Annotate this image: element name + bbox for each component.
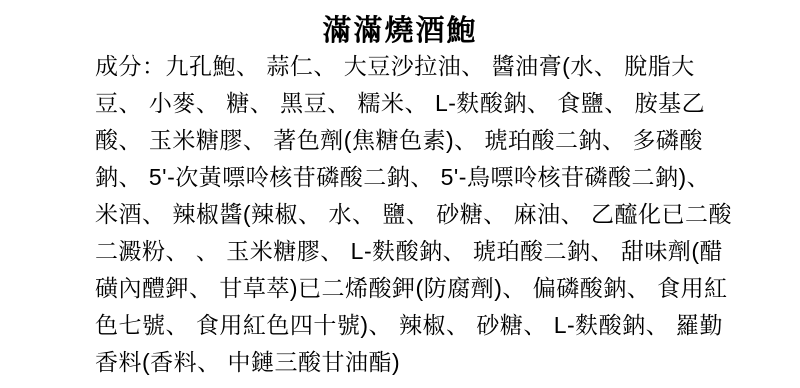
product-title: 滿滿燒酒鮑 — [0, 8, 800, 49]
ingredient-line-3: 酸、 玉米糖膠、 著色劑(焦糖色素)、 琥珀酸二鈉、 多磷酸 — [95, 122, 720, 159]
ingredient-line-6: 二澱粉、 、 玉米糖膠、 L-麩酸鈉、 琥珀酸二鈉、 甜味劑(醋 — [95, 233, 720, 270]
ingredient-line-8: 色七號、 食用紅色四十號)、 辣椒、 砂糖、 L-麩酸鈉、 羅勤 — [95, 307, 720, 344]
ingredient-label-page: 滿滿燒酒鮑 成分：九孔鮑、 蒜仁、 大豆沙拉油、 醬油膏(水、 脫脂大 豆、 小… — [0, 0, 800, 388]
ingredient-line-9: 香料(香料、 中鏈三酸甘油酯) — [95, 344, 720, 381]
ingredient-line-5: 米酒、 辣椒醬(辣椒、 水、 鹽、 砂糖、 麻油、 乙醯化已二酸 — [95, 196, 720, 233]
ingredients-text-block: 成分：九孔鮑、 蒜仁、 大豆沙拉油、 醬油膏(水、 脫脂大 豆、 小麥、 糖、 … — [95, 48, 720, 381]
ingredient-line-4: 鈉、 5'-次黃嘌呤核苷磷酸二鈉、 5'-鳥嘌呤核苷磷酸二鈉)、 — [95, 159, 720, 196]
ingredient-line-2: 豆、 小麥、 糖、 黑豆、 糯米、 L-麩酸鈉、 食鹽、 胺基乙 — [95, 85, 720, 122]
ingredient-line-1: 成分：九孔鮑、 蒜仁、 大豆沙拉油、 醬油膏(水、 脫脂大 — [95, 48, 720, 85]
ingredient-line-7: 磺內醴鉀、 甘草萃)已二烯酸鉀(防腐劑)、 偏磷酸鈉、 食用紅 — [95, 270, 720, 307]
